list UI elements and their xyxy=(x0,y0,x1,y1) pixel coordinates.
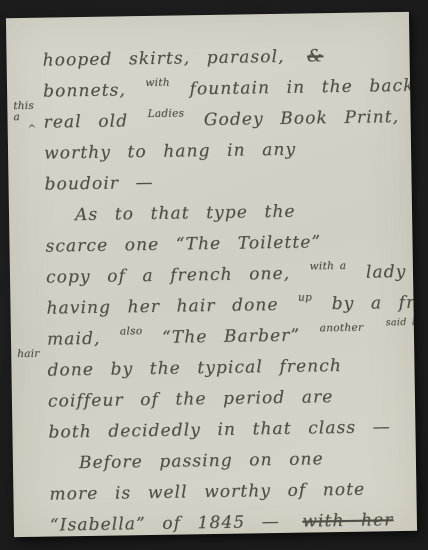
margin-annotation-text: this a xyxy=(13,100,34,123)
inserted-word: another xyxy=(319,322,363,335)
handwriting-segment: “Isabella” of 1845 — xyxy=(50,512,280,536)
handwriting-segment: having her hair done xyxy=(46,295,278,319)
inserted-word: said lady, xyxy=(386,316,417,328)
inserted-word: Ladies xyxy=(147,107,184,120)
inserted-word: up xyxy=(298,291,312,303)
handwriting-segment: copy of a french one, xyxy=(46,264,290,288)
struck-text: with her xyxy=(302,510,393,531)
caret-mark: ^ xyxy=(28,124,44,135)
handwriting-segment: Before passing on one xyxy=(79,449,324,473)
handwriting-segment: fountain in the background, xyxy=(189,75,417,100)
handwriting-segment: done by the typical french xyxy=(47,356,342,381)
handwriting-segment: Godey Book Print, xyxy=(204,107,400,130)
handwriting-segment: real old xyxy=(43,111,128,132)
handwriting-segment: boudoir — xyxy=(44,173,153,195)
handwriting-segment: scarce one “The Toilette” xyxy=(45,232,321,256)
handwriting-segment: worthy to hang in any xyxy=(44,140,296,164)
handwriting-segment: more is well worthy of note xyxy=(49,480,365,505)
handwriting-segment: by a french xyxy=(332,292,418,314)
photo-background: hooped skirts, parasol, & bonnets, with … xyxy=(0,0,428,550)
inserted-word: with a xyxy=(309,260,346,273)
handwriting-segment: hooped skirts, parasol, xyxy=(42,47,284,71)
handwriting-segment: “The Barber” xyxy=(162,326,300,348)
handwriting-segment: As to that type the xyxy=(75,202,296,225)
margin-annotation-text: hair xyxy=(17,348,39,360)
manuscript-page: hooped skirts, parasol, & bonnets, with … xyxy=(6,12,417,537)
handwriting-segment: bonnets, xyxy=(43,80,126,101)
inserted-word: also xyxy=(120,325,143,337)
handwriting-segment: lady xyxy=(366,262,407,283)
struck-text: & xyxy=(307,46,324,66)
margin-annotation: hair xyxy=(17,349,47,360)
handwriting-segment: coiffeur of the period are xyxy=(48,387,334,411)
margin-annotation: this a ^ xyxy=(13,101,44,135)
handwriting-segment: maid, xyxy=(47,329,101,350)
handwriting-segment: both decidedly in that class — xyxy=(48,417,391,442)
handwriting-block: hooped skirts, parasol, & bonnets, with … xyxy=(6,40,417,537)
inserted-word: with xyxy=(145,77,170,89)
handwritten-line: “Isabella” of 1845 — with her xyxy=(14,505,417,537)
